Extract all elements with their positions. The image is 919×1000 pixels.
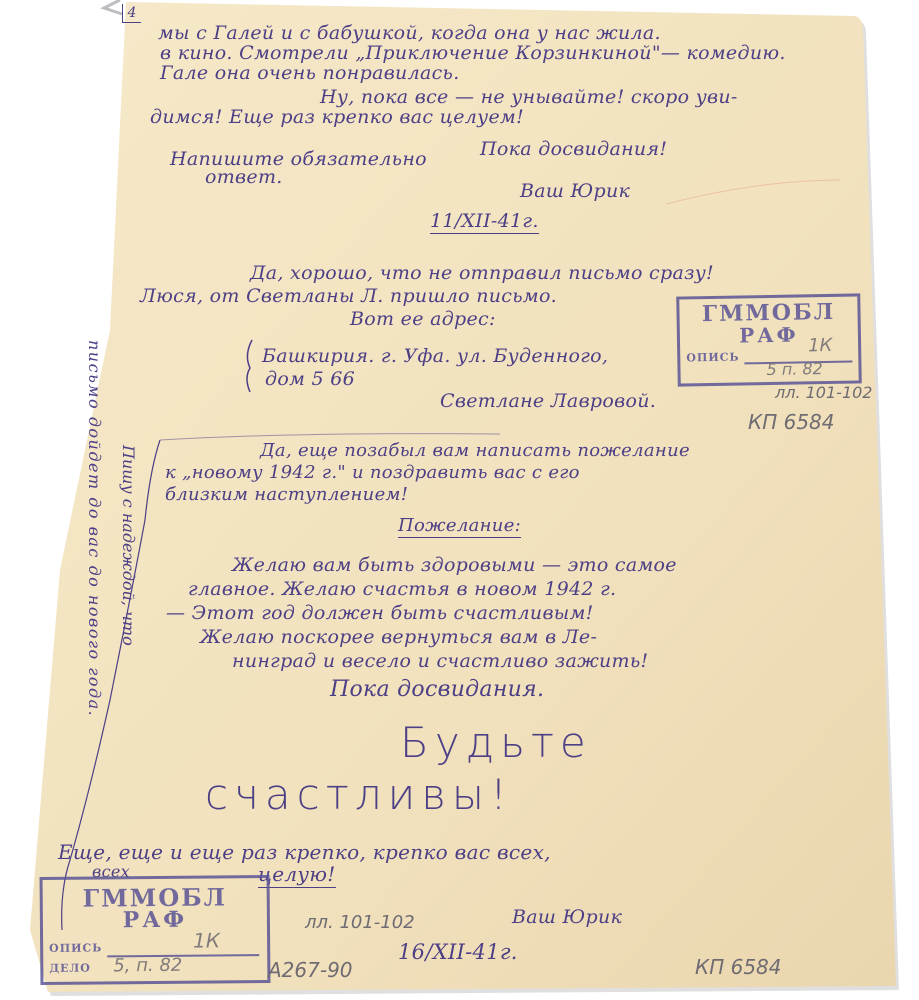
address-line: Светлане Лавровой. [440,390,656,412]
stamp-opis-value: 1К [808,335,833,356]
letter-date: 16/XII-41г. [398,940,518,964]
letter-line: в кино. Смотрели „Приключение Корзинкино… [160,42,786,64]
letter-line: Пока досвидания! [480,138,667,160]
sheet-numbers: лл. 101-102 [775,383,872,402]
letter-line: Люся, от Светланы Л. пришло письмо. [140,285,557,307]
stamp-title: ГММОБЛ [679,300,857,325]
letter-page: 4 мы с Галей и с бабушкой, когда она у н… [0,0,919,1000]
letter-line: Ну, пока все — не унывайте! скоро уви- [320,86,738,108]
address-line: дом 5 66 [265,368,355,390]
letter-line: Да, еще позабыл вам написать пожелание [260,440,690,461]
letter-line: к „новому 1942 г." и поздравить вас с ег… [165,462,580,483]
archive-code: А267-90 [268,958,353,982]
stamp-delo-label: ДЕЛО [49,962,91,975]
signature: Ваш Юрик [512,906,622,928]
letter-line: близким наступлением! [165,484,408,505]
sheet-numbers: лл. 101-102 [305,912,415,933]
letter-line: Гале она очень понравилась. [160,62,460,84]
closing-line: целую! [258,862,336,888]
closing-line: Еще, еще и еще раз крепко, крепко вас вс… [58,840,551,864]
big-greeting-line: счастливы! [205,770,513,819]
signature: Ваш Юрик [520,180,630,202]
stamp-delo-value: 5 п. 82 [766,359,823,379]
stamp-opis-label: ОПИСЬ [686,351,739,365]
letter-date: 11/XII-41г. [430,210,539,234]
margin-note-line: письмо дойдет до вас до нового года. [85,340,104,717]
wish-line: — Этот год должен быть счастливым! [166,602,594,624]
letter-line: Да, хорошо, что не отправил письмо сразу… [250,262,714,284]
postscript-line: ответ. [205,166,283,188]
address-line: Башкирия. г. Уфа. ул. Буденного, [262,345,608,367]
wish-line: Пока досвидания. [330,677,544,702]
stamp-opis-label: ОПИСЬ [49,941,102,954]
wish-line: Желаю вам быть здоровыми — это самое [232,554,677,576]
letter-line: димся! Еще раз крепко вас целуем! [150,106,524,128]
inventory-number: КП 6584 [748,410,835,434]
big-greeting-line: Будьте [400,718,592,767]
wish-line: главное. Желаю счастья в новом 1942 г. [188,578,616,600]
wish-line: нинград и весело и счастливо зажить! [232,650,648,672]
letter-line: Вот ее адрес: [350,308,496,330]
letter-line: мы с Галей и с бабушкой, когда она у нас… [158,22,661,44]
stamp-opis-value: 1К [193,928,220,952]
archive-stamp: ГММОБЛ РАФ ОПИСЬ 1К ДЕЛО 5, п. 82 [40,875,271,985]
stamp-subtitle: РАФ [43,908,267,932]
wish-heading: Пожелание: [398,515,521,538]
margin-note-line: Пишу с надеждой, что [119,445,138,646]
page-number: 4 [122,4,141,23]
wish-line: Желаю поскорее вернуться вам в Ле- [200,626,597,648]
inventory-number: КП 6584 [695,955,782,979]
stamp-delo-value: 5, п. 82 [113,955,182,977]
archive-stamp: ГММОБЛ РАФ ОПИСЬ 1К 5 п. 82 [676,293,862,386]
